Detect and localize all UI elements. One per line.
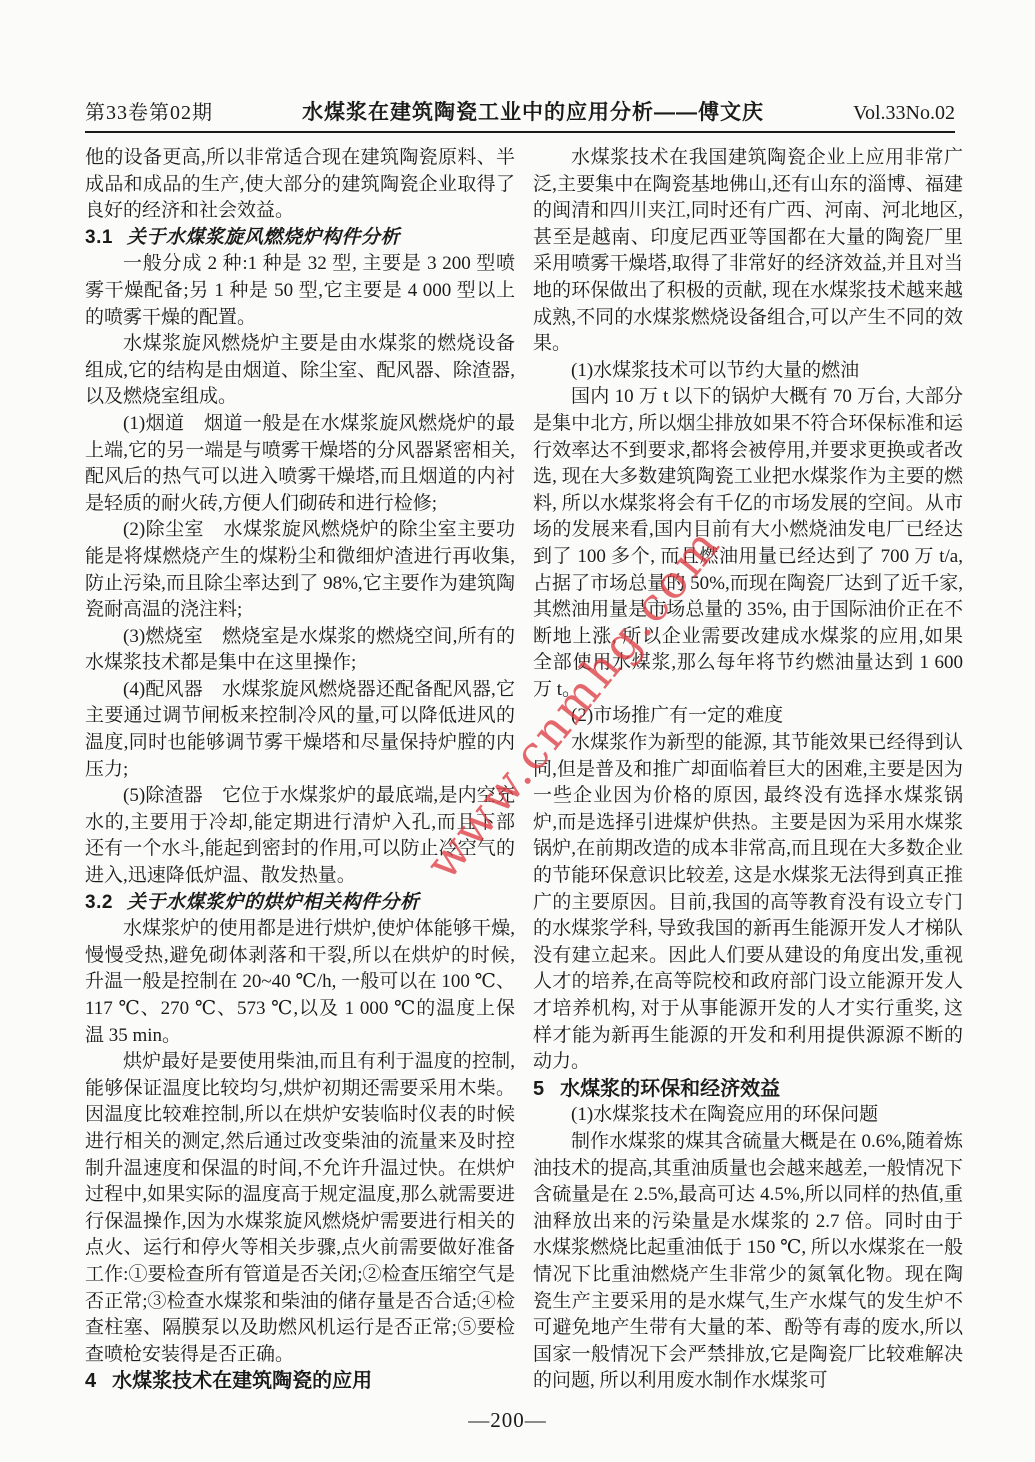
paragraph: 制作水煤浆的煤其含硫量大概是在 0.6%,随着炼油技术的提高,其重油质量也会越来… <box>533 1129 963 1395</box>
paragraph: (2)除尘室 水煤浆旋风燃烧炉的除尘室主要功能是将煤燃烧产生的煤粉尘和微细炉渣进… <box>85 517 515 623</box>
paragraph: (1)水煤浆技术可以节约大量的燃油 <box>533 358 963 385</box>
heading-number: 3.1 <box>85 227 113 248</box>
issue-label: 第33卷第02期 <box>85 96 213 125</box>
right-column: 水煤浆技术在我国建筑陶瓷企业上应用非常广泛,主要集中在陶瓷基地佛山,还有山东的淄… <box>533 145 963 1395</box>
section-heading: 4水煤浆技术在建筑陶瓷的应用 <box>85 1368 515 1395</box>
heading-text: 关于水煤浆炉的烘炉相关构件分析 <box>127 892 420 913</box>
paragraph: 水煤浆旋风燃烧炉主要是由水煤浆的燃烧设备组成,它的结构是由烟道、除尘室、配风器、… <box>85 331 515 411</box>
paragraph: (3)燃烧室 燃烧室是水煤浆的燃烧空间,所有的水煤浆技术都是集中在这里操作; <box>85 624 515 677</box>
heading-number: 5 <box>533 1078 544 1100</box>
paragraph: (1)水煤浆技术在陶瓷应用的环保问题 <box>533 1102 963 1129</box>
heading-text: 水煤浆技术在建筑陶瓷的应用 <box>112 1370 372 1392</box>
paragraph: (4)配风器 水煤浆旋风燃烧器还配备配风器,它主要通过调节闸板来控制冷风的量,可… <box>85 677 515 783</box>
subsection-heading: 3.1关于水煤浆旋风燃烧炉构件分析 <box>85 225 515 252</box>
paragraph: 水煤浆作为新型的能源, 其节能效果已经得到认同,但是普及和推广却面临着巨大的困难… <box>533 730 963 1076</box>
page-number: —200— <box>468 1408 547 1432</box>
heading-text: 关于水煤浆旋风燃烧炉构件分析 <box>127 227 400 248</box>
left-column: 他的设备更高,所以非常适合现在建筑陶瓷原料、半成品和成品的生产,使大部分的建筑陶… <box>85 145 515 1395</box>
paragraph: (1)烟道 烟道一般是在水煤浆旋风燃烧炉的最上端,它的另一端是与喷雾干燥塔的分风… <box>85 411 515 517</box>
paragraph: 他的设备更高,所以非常适合现在建筑陶瓷原料、半成品和成品的生产,使大部分的建筑陶… <box>85 145 515 225</box>
scanned-journal-page: 第33卷第02期 水煤浆在建筑陶瓷工业中的应用分析——傅文庆 Vol.33No.… <box>0 0 1035 1462</box>
page-header: 第33卷第02期 水煤浆在建筑陶瓷工业中的应用分析——傅文庆 Vol.33No.… <box>85 96 955 126</box>
article-running-title: 水煤浆在建筑陶瓷工业中的应用分析——傅文庆 <box>302 96 764 126</box>
volume-label: Vol.33No.02 <box>853 102 955 125</box>
heading-text: 水煤浆的环保和经济效益 <box>560 1078 780 1100</box>
subsection-heading: 3.2关于水煤浆炉的烘炉相关构件分析 <box>85 890 515 917</box>
paragraph: 烘炉最好是要使用柴油,而且有利于温度的控制,能够保证温度比较均匀,烘炉初期还需要… <box>85 1049 515 1368</box>
heading-number: 3.2 <box>85 892 113 913</box>
paragraph: (5)除渣器 它位于水煤浆炉的最底端,是内空充水的,主要用于冷却,能定期进行清炉… <box>85 783 515 889</box>
paragraph: 水煤浆炉的使用都是进行烘炉,使炉体能够干燥,慢慢受热,避免砌体剥落和干裂,所以在… <box>85 916 515 1049</box>
heading-number: 4 <box>85 1370 96 1392</box>
article-body: 他的设备更高,所以非常适合现在建筑陶瓷原料、半成品和成品的生产,使大部分的建筑陶… <box>85 145 963 1395</box>
page-footer: —200— <box>0 1408 1015 1433</box>
section-heading: 5水煤浆的环保和经济效益 <box>533 1076 963 1103</box>
header-rule <box>85 131 955 133</box>
paragraph: (2)市场推广有一定的难度 <box>533 703 963 730</box>
paragraph: 一般分成 2 种:1 种是 32 型, 主要是 3 200 型喷雾干燥配备;另 … <box>85 251 515 331</box>
paragraph: 国内 10 万 t 以下的锅炉大概有 70 万台, 大部分是集中北方, 所以烟尘… <box>533 384 963 703</box>
paragraph: 水煤浆技术在我国建筑陶瓷企业上应用非常广泛,主要集中在陶瓷基地佛山,还有山东的淄… <box>533 145 963 358</box>
